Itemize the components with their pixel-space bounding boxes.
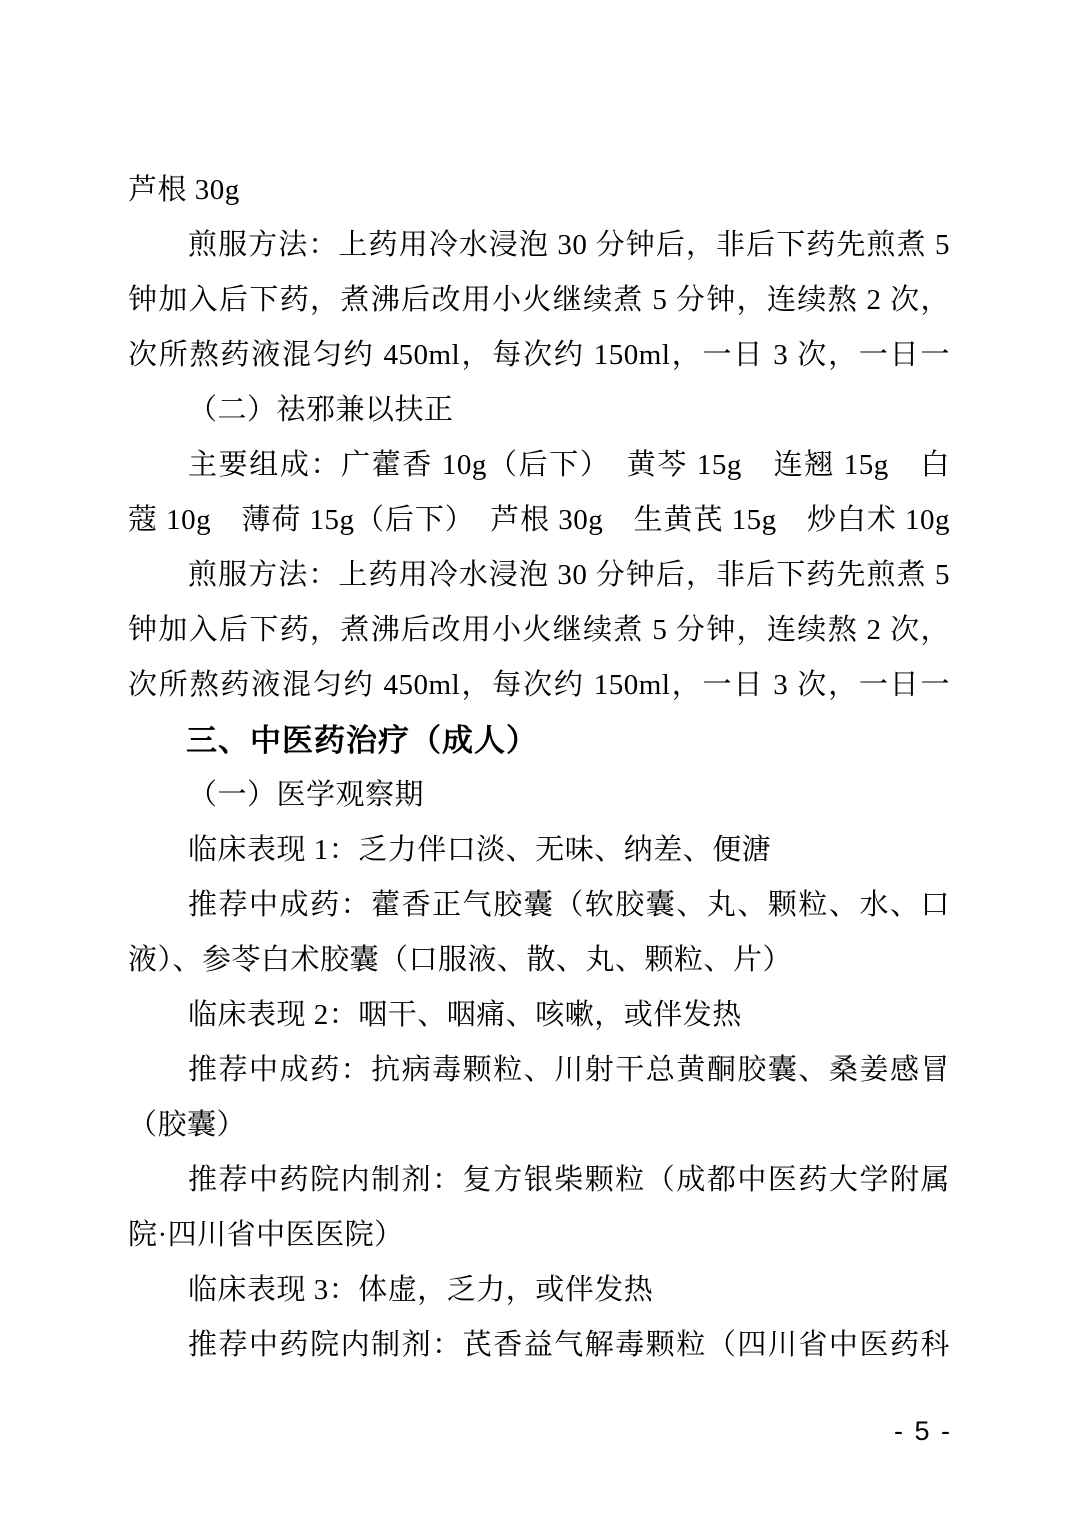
text-line: 煎服方法：上药用冷水浸泡 30 分钟后，非后下药先煎煮 5 分 [128,548,950,603]
text-line: 推荐中成药：抗病毒颗粒、川射干总黄酮胶囊、桑姜感冒片 [128,1043,950,1098]
text-line: 钟加入后下药，煮沸后改用小火继续煮 5 分钟，连续熬 2 次，将 2 [128,603,950,658]
text-line: 主要组成：广藿香 10g（后下） 黄芩 15g 连翘 15g 白豆 [128,438,950,493]
document-body: 芦根 30g煎服方法：上药用冷水浸泡 30 分钟后，非后下药先煎煮 5 分钟加入… [128,163,950,1373]
text-line: 临床表现 3：体虚，乏力，或伴发热 [128,1263,950,1318]
text-line: 推荐中药院内制剂：复方银柴颗粒（成都中医药大学附属医 [128,1153,950,1208]
page-number: - 5 - [752,1415,952,1447]
text-line: 次所熬药液混匀约 450ml，每次约 150ml，一日 3 次，一日一剂。 [128,658,950,713]
text-line: 芦根 30g [128,163,950,218]
text-line: 推荐中药院内制剂：芪香益气解毒颗粒（四川省中医药科学 [128,1318,950,1373]
text-line: 次所熬药液混匀约 450ml，每次约 150ml，一日 3 次，一日一剂。 [128,328,950,383]
text-line: 临床表现 1：乏力伴口淡、无味、纳差、便溏 [128,823,950,878]
subsection-heading: （一）医学观察期 [128,768,950,823]
text-line: 临床表现 2：咽干、咽痛、咳嗽，或伴发热 [128,988,950,1043]
text-line: 院·四川省中医医院） [128,1208,950,1263]
text-line: （胶囊） [128,1098,950,1153]
text-line: 煎服方法：上药用冷水浸泡 30 分钟后，非后下药先煎煮 5 分 [128,218,950,273]
section-heading: 三、中医药治疗（成人） [128,713,950,768]
text-line: 推荐中成药：藿香正气胶囊（软胶囊、丸、颗粒、水、口服 [128,878,950,933]
subsection-heading: （二）祛邪兼以扶正 [128,383,950,438]
document-page: 芦根 30g煎服方法：上药用冷水浸泡 30 分钟后，非后下药先煎煮 5 分钟加入… [0,0,1080,1528]
text-line: 钟加入后下药，煮沸后改用小火继续煮 5 分钟，连续熬 2 次，将 2 [128,273,950,328]
text-line: 蔻 10g 薄荷 15g（后下） 芦根 30g 生黄芪 15g 炒白术 10g [128,493,950,548]
text-line: 液）、参苓白术胶囊（口服液、散、丸、颗粒、片） [128,933,950,988]
